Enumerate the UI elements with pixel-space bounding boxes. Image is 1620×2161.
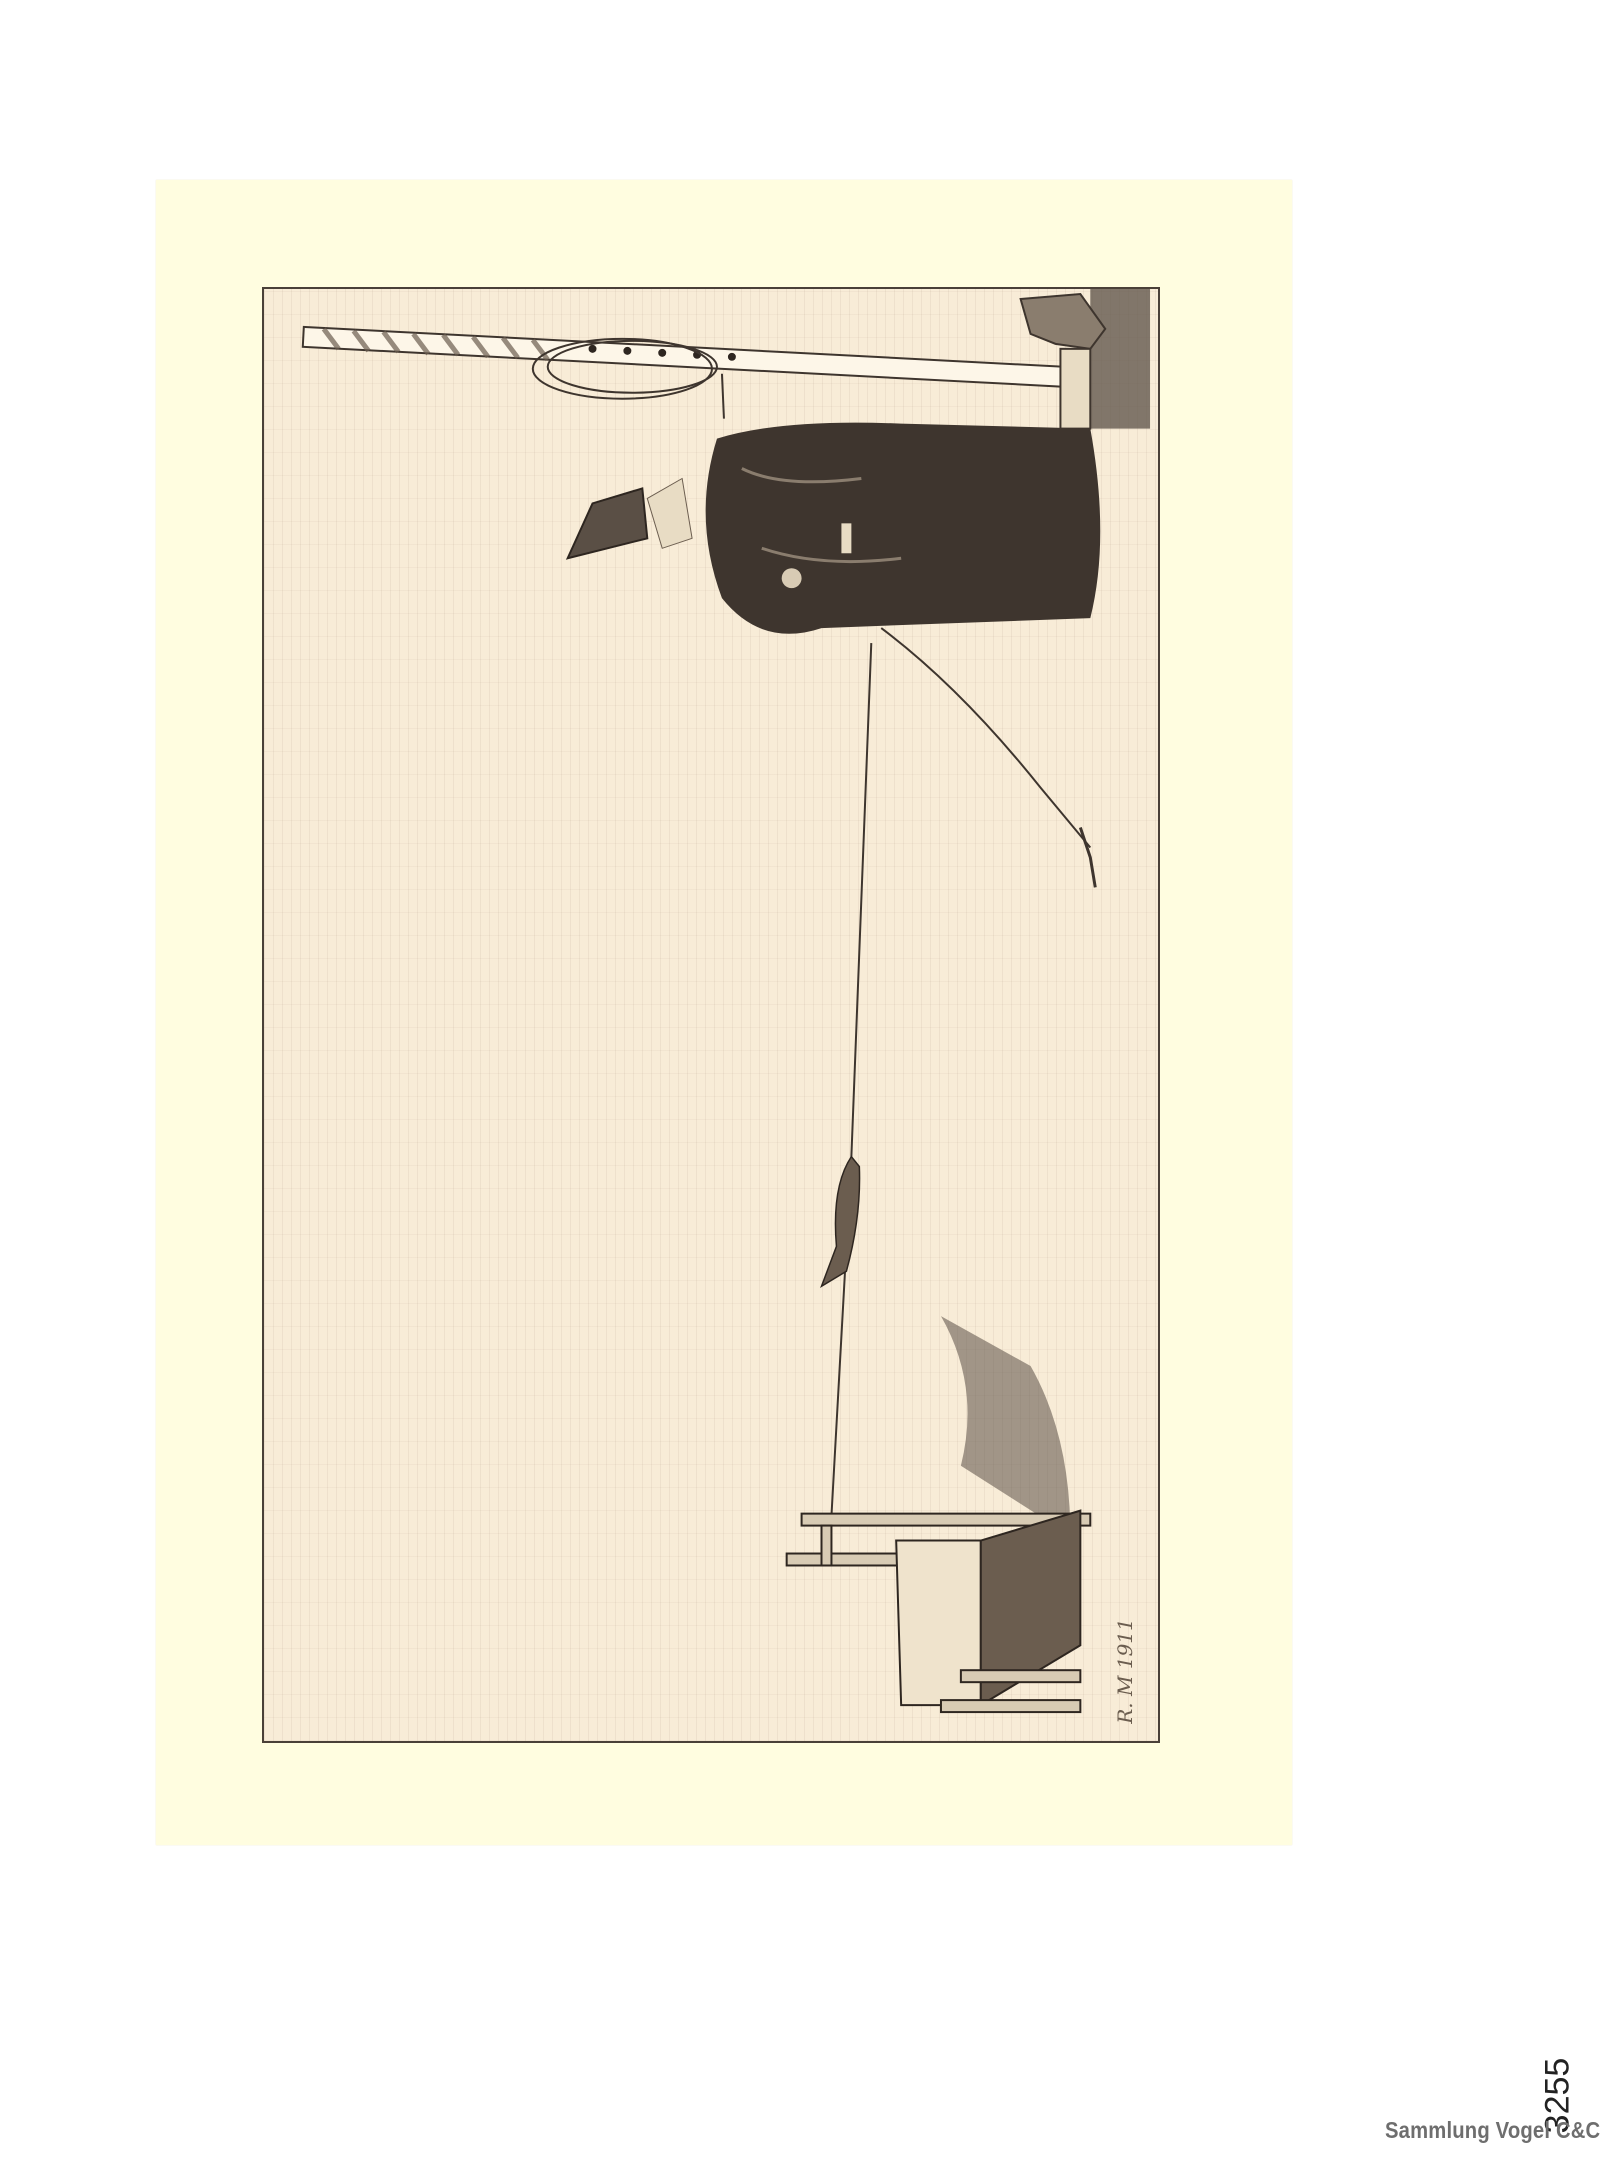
fish-icon [822,1157,860,1287]
hat-icon [568,488,648,558]
cloaked-figure [568,423,1101,634]
chair [787,1511,1091,1712]
collection-label: Sammlung Vogel C&C [1385,2117,1600,2144]
ground-shadow [1090,289,1150,429]
paper-sheet: R. M 1911 [156,180,1292,1845]
walking-stick [881,628,1090,847]
striped-pole [303,327,1091,429]
artist-signature: R. M 1911 [1113,1618,1137,1724]
fishing-line [831,643,871,1516]
shadow [941,1316,1070,1535]
etching-plate: R. M 1911 [262,287,1160,1743]
etching-illustration [264,289,1158,1741]
